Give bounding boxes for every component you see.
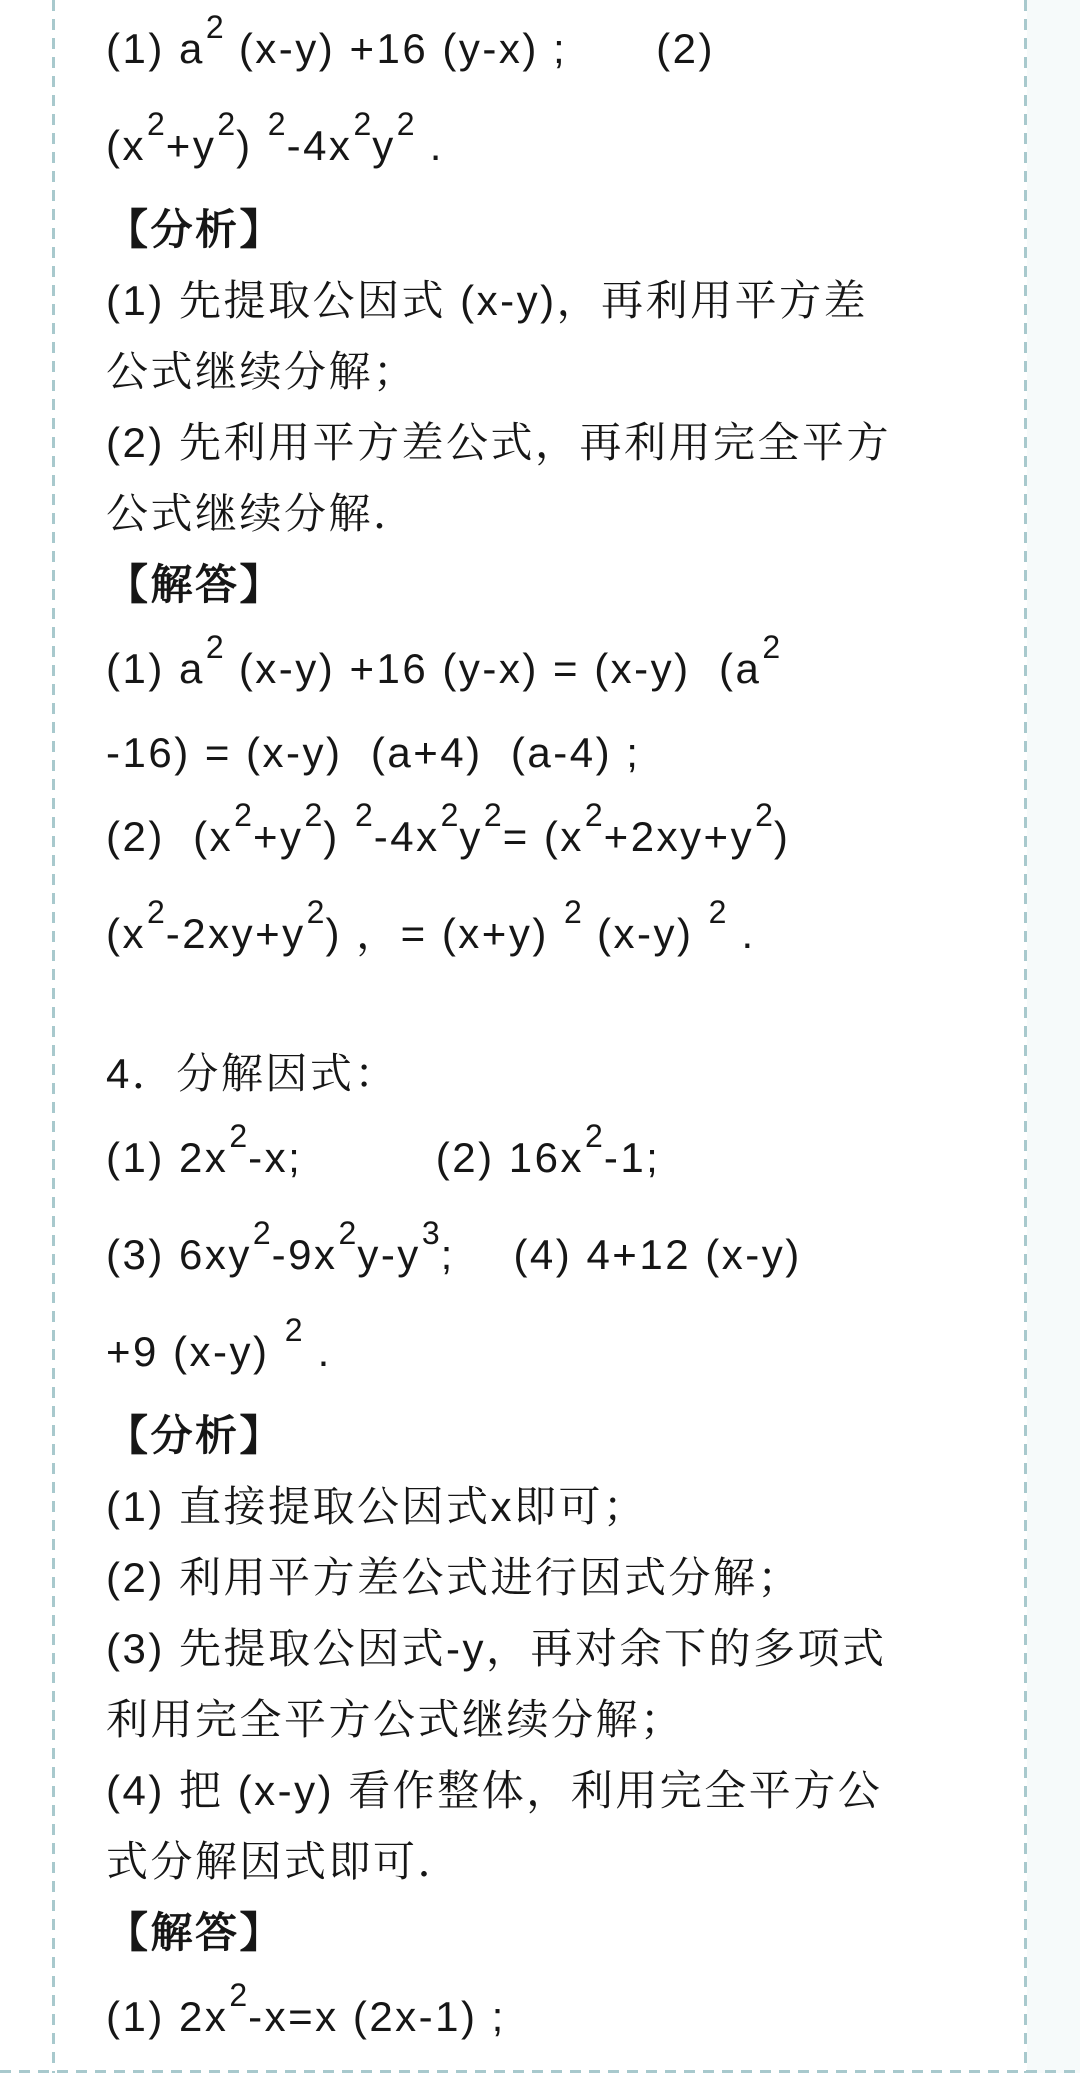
superscript-exponent: 2 xyxy=(484,797,502,833)
problem4-analysis-1: (1) 直接提取公因式x即可； xyxy=(106,1471,1012,1542)
problem3-analysis-1-line-1: (1) 先提取公因式 (x-y)，再利用平方差 xyxy=(106,265,1012,336)
superscript-exponent: 2 xyxy=(229,1977,247,2013)
superscript-exponent: 2 xyxy=(355,797,373,833)
superscript-exponent: 2 xyxy=(229,1118,247,1154)
problem4-items-line-2: (3) 6xy2-9x2y-y3; (4) 4+12 (x-y) xyxy=(106,1206,1012,1303)
problem4-answer-1: (1) 2x2-x=x (2x-1) ; xyxy=(106,1968,1012,2065)
worksheet-lines: (1) a2 (x-y) +16 (y-x) ; (2)(x2+y2) 2-4x… xyxy=(106,0,1012,2065)
worksheet-page: (1) a2 (x-y) +16 (y-x) ; (2)(x2+y2) 2-4x… xyxy=(106,0,1012,2065)
superscript-exponent: 2 xyxy=(206,629,224,665)
page-right-margin xyxy=(1027,0,1080,2073)
problem4-items-line-3: +9 (x-y) 2 . xyxy=(106,1303,1012,1400)
problem3-analysis-2-line-2: 公式继续分解． xyxy=(106,478,1012,549)
superscript-exponent: 2 xyxy=(147,106,165,142)
superscript-exponent: 2 xyxy=(709,894,727,930)
superscript-exponent: 2 xyxy=(234,797,252,833)
superscript-exponent: 2 xyxy=(147,894,165,930)
problem4-items-line-1: (1) 2x2-x; (2) 16x2-1; xyxy=(106,1109,1012,1206)
superscript-exponent: 2 xyxy=(585,1118,603,1154)
problem4-analysis-2: (2) 利用平方差公式进行因式分解； xyxy=(106,1542,1012,1613)
problem3-answer-2-line-2: (x2-2xy+y2) ，= (x+y) 2 (x-y) 2 . xyxy=(106,885,1012,982)
superscript-exponent: 2 xyxy=(585,797,603,833)
superscript-exponent: 2 xyxy=(564,894,582,930)
dashed-border-right xyxy=(1024,0,1027,2073)
problem4-analysis-header: 【分析】 xyxy=(106,1400,1012,1471)
superscript-exponent: 2 xyxy=(217,106,235,142)
superscript-exponent: 2 xyxy=(339,1215,357,1251)
problem4-analysis-4-line-1: (4) 把 (x-y) 看作整体，利用完全平方公 xyxy=(106,1755,1012,1826)
problem4-analysis-4-line-2: 式分解因式即可． xyxy=(106,1826,1012,1897)
superscript-exponent: 2 xyxy=(268,106,286,142)
superscript-exponent: 2 xyxy=(762,629,780,665)
problem4-answer-header: 【解答】 xyxy=(106,1897,1012,1968)
problem4-analysis-3-line-2: 利用完全平方公式继续分解； xyxy=(106,1684,1012,1755)
superscript-exponent: 2 xyxy=(206,9,224,45)
problem3-answer-2-line-1: (2) (x2+y2) 2-4x2y2= (x2+2xy+y2) xyxy=(106,788,1012,885)
problem3-items-line-1: (1) a2 (x-y) +16 (y-x) ; (2) xyxy=(106,0,1012,97)
superscript-exponent: 2 xyxy=(253,1215,271,1251)
problem3-answer-1-line-1: (1) a2 (x-y) +16 (y-x) = (x-y) (a2 xyxy=(106,620,1012,717)
superscript-exponent: 3 xyxy=(422,1215,440,1251)
problem3-items-line-2: (x2+y2) 2-4x2y2 . xyxy=(106,97,1012,194)
problem3-analysis-2-line-1: (2) 先利用平方差公式，再利用完全平方 xyxy=(106,407,1012,478)
problem4-title: 4．分解因式： xyxy=(106,1038,1012,1109)
superscript-exponent: 2 xyxy=(397,106,415,142)
problem3-analysis-header: 【分析】 xyxy=(106,194,1012,265)
superscript-exponent: 2 xyxy=(353,106,371,142)
dashed-border-left xyxy=(52,0,55,2073)
superscript-exponent: 2 xyxy=(307,894,325,930)
superscript-exponent: 2 xyxy=(304,797,322,833)
superscript-exponent: 2 xyxy=(441,797,459,833)
problem4-analysis-3-line-1: (3) 先提取公因式-y，再对余下的多项式 xyxy=(106,1613,1012,1684)
superscript-exponent: 2 xyxy=(285,1312,303,1348)
problem3-answer-1-line-2: -16) = (x-y) (a+4) (a-4) ; xyxy=(106,717,1012,788)
problem3-analysis-1-line-2: 公式继续分解； xyxy=(106,336,1012,407)
problem3-answer-header: 【解答】 xyxy=(106,549,1012,620)
superscript-exponent: 2 xyxy=(755,797,773,833)
